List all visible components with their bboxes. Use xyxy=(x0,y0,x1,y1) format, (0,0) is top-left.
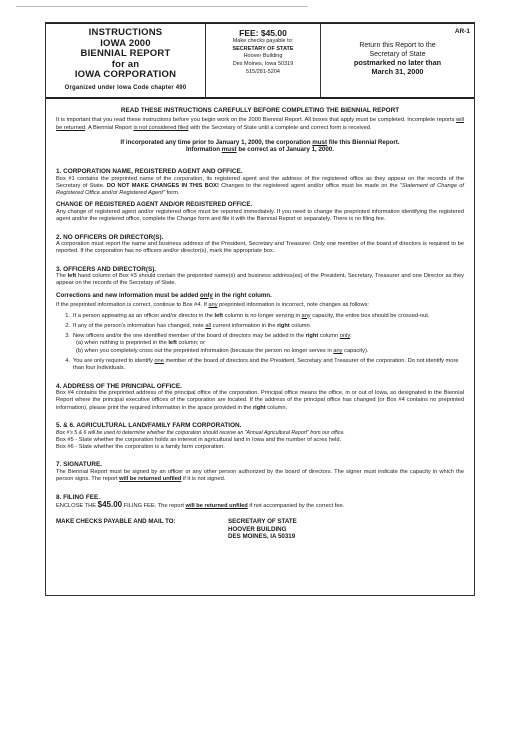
title-line: BIENNIAL REPORT xyxy=(46,49,205,60)
payable-label: Make checks payable to: xyxy=(206,38,320,46)
section-1-text: Box #1 contains the preprinted name of t… xyxy=(56,176,464,198)
fee-amount: FEE: $45.00 xyxy=(206,28,320,38)
header-title-block: INSTRUCTIONS IOWA 2000 BIENNIAL REPORT f… xyxy=(46,24,206,97)
sub-item-b: (b) when you completely cross out the pr… xyxy=(73,348,368,355)
title-line: INSTRUCTIONS xyxy=(46,28,205,39)
list-item: 4. You are only required to identify one… xyxy=(56,358,464,373)
section-8-text: ENCLOSE THE $45.00 FILING FEE. The repor… xyxy=(56,501,464,510)
form-id: AR-1 xyxy=(455,28,470,35)
mail-address-line: SECRETARY OF STATE xyxy=(228,518,297,525)
mail-address-line: HOOVER BUILDING xyxy=(228,526,297,533)
title-line: IOWA CORPORATION xyxy=(46,70,205,81)
form-header: INSTRUCTIONS IOWA 2000 BIENNIAL REPORT f… xyxy=(46,23,474,99)
scan-edge-line xyxy=(16,6,308,7)
mail-address: SECRETARY OF STATE HOOVER BUILDING DES M… xyxy=(228,518,297,540)
section-1-sub-title: CHANGE OF REGISTERED AGENT AND/OR REGIST… xyxy=(56,201,464,209)
section-3-continue: If the preprinted information is correct… xyxy=(56,302,464,309)
box-6-text: Box #6 - State whether the corporation i… xyxy=(56,444,464,451)
payee: SECRETARY OF STATE xyxy=(206,46,320,54)
return-line: Return this Report to the xyxy=(321,42,474,51)
city: Des Moines, Iowa 50319 xyxy=(206,61,320,69)
deadline-date: March 31, 2000 xyxy=(321,68,474,77)
instructions-body: READ THESE INSTRUCTIONS CAREFULLY BEFORE… xyxy=(46,99,474,541)
section-3-text: The left hand column of Box #3 should co… xyxy=(56,273,464,288)
section-7-text: The Biennial Report must be signed by an… xyxy=(56,469,464,484)
section-1-sub-text: Any change of registered agent and/or re… xyxy=(56,209,464,224)
instructions-form: INSTRUCTIONS IOWA 2000 BIENNIAL REPORT f… xyxy=(45,22,475,596)
header-return-block: AR-1 Return this Report to the Secretary… xyxy=(321,24,474,97)
list-item: 2. If any of the person's information ha… xyxy=(56,323,464,330)
mail-label: MAKE CHECKS PAYABLE AND MAIL TO: xyxy=(56,518,228,540)
list-item: 1. If a person appearing as an officer a… xyxy=(56,313,464,320)
section-3-title: 3. OFFICERS AND DIRECTOR(S). xyxy=(56,266,464,274)
list-item: 3. New officers and/or the one identifie… xyxy=(56,333,464,355)
intro-paragraph: It is important that you read these inst… xyxy=(56,117,464,132)
building: Hoover Building xyxy=(206,53,320,61)
sub-item-a: (a) when nothing is preprinted in the le… xyxy=(73,340,368,347)
section-2-title: 2. NO OFFICERS OR DIRECTOR(S). xyxy=(56,234,464,242)
code-chapter: Organized under Iowa Code chapter 490 xyxy=(46,85,205,91)
section-5-6-title: 5. & 6. AGRICULTURAL LAND/FAMILY FARM CO… xyxy=(56,422,464,430)
mailing-block: MAKE CHECKS PAYABLE AND MAIL TO: SECRETA… xyxy=(56,518,464,540)
intro-heading: READ THESE INSTRUCTIONS CAREFULLY BEFORE… xyxy=(56,107,464,114)
box-5-text: Box #5 - State whether the corporation h… xyxy=(56,437,464,444)
section-2-text: A corporation must report the name and b… xyxy=(56,241,464,256)
phone: 515/281-5204 xyxy=(206,69,320,77)
section-1-title: 1. CORPORATION NAME, REGISTERED AGENT AN… xyxy=(56,168,464,176)
filing-notice: If incorporated any time prior to Januar… xyxy=(56,139,464,154)
mail-address-line: DES MOINES, IA 50319 xyxy=(228,533,297,540)
section-7-title: 7. SIGNATURE. xyxy=(56,461,464,469)
section-5-6-note: Box #'s 5 & 6 will be used to determine … xyxy=(56,430,464,437)
section-3-list: 1. If a person appearing as an officer a… xyxy=(56,313,464,373)
section-3-corrections: Corrections and new information must be … xyxy=(56,292,464,300)
section-4-text: Box #4 contains the preprinted address o… xyxy=(56,390,464,412)
header-fee-block: FEE: $45.00 Make checks payable to: SECR… xyxy=(206,24,321,97)
section-4-title: 4. ADDRESS OF THE PRINCIPAL OFFICE. xyxy=(56,383,464,391)
